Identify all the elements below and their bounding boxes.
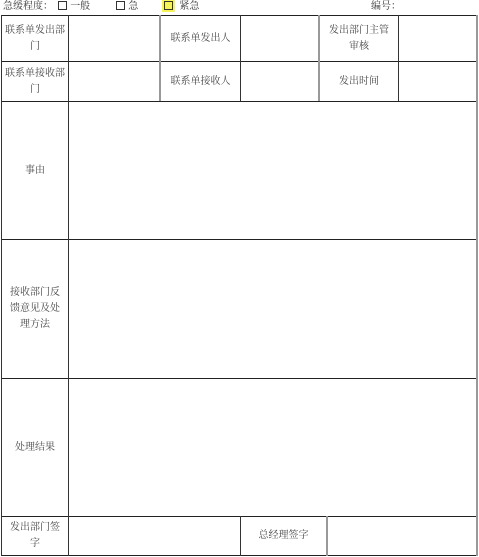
gm-sign-label: 总经理签字 [241, 517, 326, 555]
urgency-option-very-urgent[interactable]: 紧急 [164, 0, 199, 14]
supervisor-review-field[interactable] [399, 16, 476, 61]
gm-sign-field[interactable] [328, 517, 476, 555]
form-header: 急缓程度： 一般 急 紧急 编号： [0, 0, 479, 15]
number-label: 编号： [371, 0, 401, 14]
dept-sign-label: 发出部门签字 [2, 517, 68, 555]
feedback-label: 接收部门反馈意见及处理方法 [2, 240, 68, 378]
feedback-field[interactable] [69, 240, 476, 378]
result-label: 处理结果 [2, 379, 68, 516]
divider [476, 15, 478, 556]
sender-dept-label: 联系单发出部门 [2, 16, 68, 61]
sender-field[interactable] [241, 16, 318, 61]
send-time-label: 发出时间 [320, 62, 398, 101]
dept-sign-field[interactable] [69, 517, 240, 555]
checkbox-icon[interactable] [58, 1, 67, 10]
sender-label: 联系单发出人 [161, 16, 240, 61]
receiver-dept-label: 联系单接收部门 [2, 62, 68, 101]
result-field[interactable] [69, 379, 476, 516]
urgency-option-urgent[interactable]: 急 [116, 0, 138, 14]
receiver-dept-field[interactable] [69, 62, 159, 101]
urgency-label: 急缓程度： [3, 0, 53, 14]
checkbox-icon[interactable] [116, 1, 125, 10]
receiver-label: 联系单接收人 [161, 62, 240, 101]
send-time-field[interactable] [399, 62, 476, 101]
receiver-field[interactable] [241, 62, 318, 101]
reason-field[interactable] [69, 102, 476, 239]
reason-label: 事由 [2, 102, 68, 239]
urgency-option-normal[interactable]: 一般 [58, 0, 90, 14]
supervisor-review-label: 发出部门主管审核 [320, 16, 398, 61]
sender-dept-field[interactable] [69, 16, 159, 61]
checkbox-icon[interactable] [164, 1, 173, 10]
